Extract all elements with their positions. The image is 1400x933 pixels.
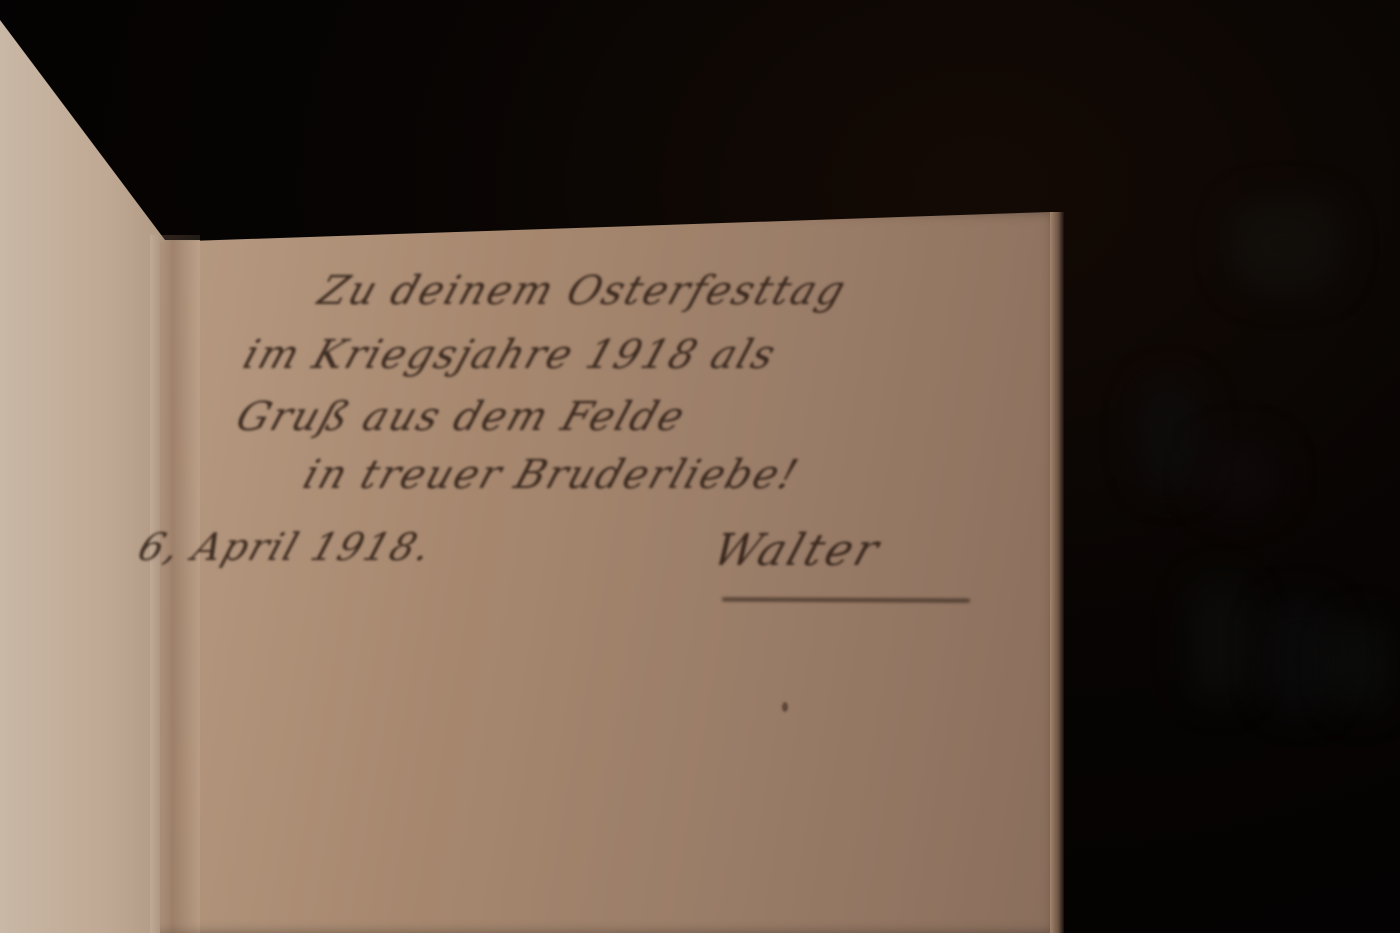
signature: Walter xyxy=(707,525,888,576)
inscription-line: in treuer Bruderliebe! xyxy=(298,452,806,498)
handwritten-inscription: Zu deinem Osterfesttag im Kriegsjahre 19… xyxy=(0,0,1400,933)
inscription-line: Zu deinem Osterfesttag xyxy=(313,268,853,314)
inscription-line: Gruß aus dem Felde xyxy=(231,394,692,440)
inscription-date: 6, April 1918. xyxy=(133,525,439,569)
photo-scene: Zu deinem Osterfesttag im Kriegsjahre 19… xyxy=(0,0,1400,933)
inscription-line: im Kriegsjahre 1918 als xyxy=(238,332,783,378)
paper-speck xyxy=(782,702,788,712)
